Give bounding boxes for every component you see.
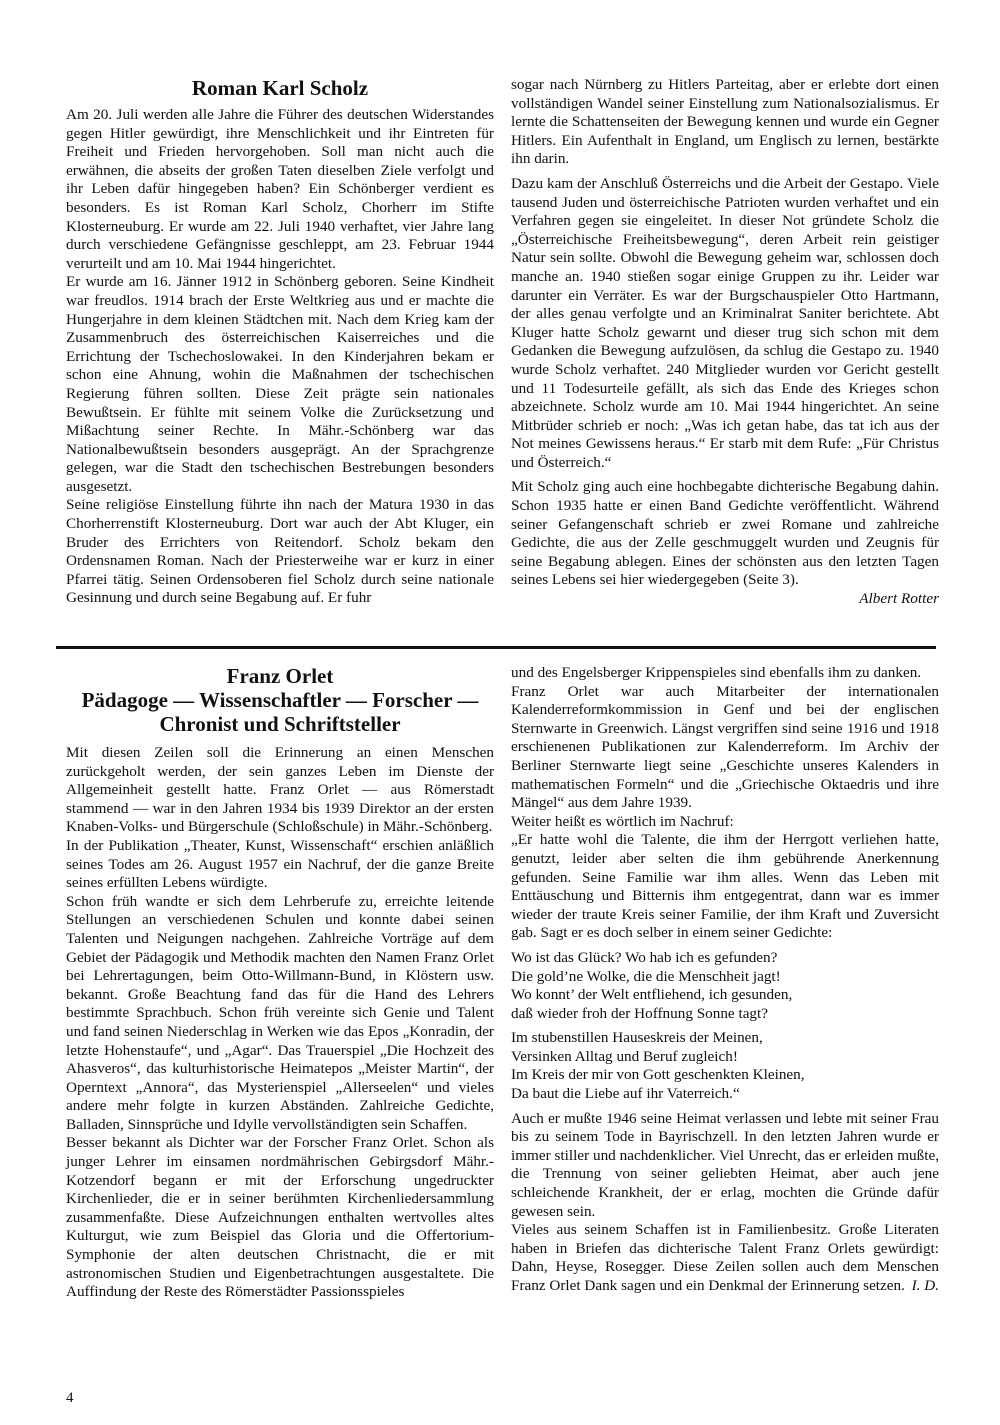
paragraph: Auch er mußte 1946 seine Heimat verlasse… [511, 1110, 939, 1222]
paragraph: Mit Scholz ging auch eine hochbegabte di… [511, 478, 939, 590]
paragraph: Mit diesen Zeilen soll die Erinnerung an… [66, 744, 494, 837]
paragraph: Dazu kam der Anschluß Österreichs und di… [511, 175, 939, 473]
poem-stanza: Im stubenstillen Hauseskreis der Meinen,… [511, 1029, 939, 1103]
poem-line: Da baut die Liebe auf ihr Vaterreich.“ [511, 1085, 939, 1104]
poem-line: Im stubenstillen Hauseskreis der Meinen, [511, 1029, 939, 1048]
poem: Wo ist das Glück? Wo hab ich es gefunden… [511, 949, 939, 1104]
paragraph: und des Engelsberger Krippenspieles sind… [511, 664, 939, 683]
poem-line: daß wieder froh der Hoffnung Sonne tagt? [511, 1005, 939, 1024]
poem-line: Wo konnt’ der Welt entfliehend, ich gesu… [511, 986, 939, 1005]
paragraph: Seine religiöse Einstellung führte ihn n… [66, 496, 494, 608]
paragraph: Weiter heißt es wörtlich im Nachruf: [511, 813, 939, 832]
paragraph: Am 20. Juli werden alle Jahre die Führer… [66, 106, 494, 273]
paragraph: Vieles aus seinem Schaffen ist in Famili… [511, 1221, 939, 1295]
author-signature: Albert Rotter [511, 590, 939, 609]
paragraph: In der Publikation „Theater, Kunst, Wiss… [66, 837, 494, 893]
article-title: Franz Orlet Pädagoge — Wissenschaftler —… [66, 664, 494, 736]
paragraph: Franz Orlet war auch Mitarbeiter der int… [511, 683, 939, 813]
poem-stanza: Wo ist das Glück? Wo hab ich es gefunden… [511, 949, 939, 1023]
quote-paragraph: „Er hatte wohl die Talente, die ihm der … [511, 831, 939, 943]
article-title: Roman Karl Scholz [66, 76, 494, 100]
paragraph: Er wurde am 16. Jänner 1912 in Schönberg… [66, 273, 494, 496]
paragraph: Schon früh wandte er sich dem Lehrberufe… [66, 893, 494, 1135]
poem-line: Die gold’ne Wolke, die die Menschheit ja… [511, 968, 939, 987]
title-line: Franz Orlet [66, 664, 494, 688]
page-number: 4 [66, 1390, 74, 1407]
paragraph: sogar nach Nürnberg zu Hitlers Parteitag… [511, 76, 939, 169]
paragraph: Besser bekannt als Dichter war der Forsc… [66, 1134, 494, 1301]
article-orlet-right-column: und des Engelsberger Krippenspieles sind… [511, 664, 939, 1296]
article-scholz-left-column: Roman Karl Scholz Am 20. Juli werden all… [66, 76, 494, 608]
poem-line: Im Kreis der mir von Gott geschenkten Kl… [511, 1066, 939, 1085]
section-divider [56, 646, 936, 649]
subtitle-line: Chronist und Schriftsteller [66, 712, 494, 736]
subtitle-line: Pädagoge — Wissenschaftler — Forscher — [66, 688, 494, 712]
poem-line: Wo ist das Glück? Wo hab ich es gefunden… [511, 949, 939, 968]
article-scholz-right-column: sogar nach Nürnberg zu Hitlers Parteitag… [511, 76, 939, 609]
article-orlet-left-column: Franz Orlet Pädagoge — Wissenschaftler —… [66, 664, 494, 1302]
poem-line: Versinken Alltag und Beruf zugleich! [511, 1048, 939, 1067]
